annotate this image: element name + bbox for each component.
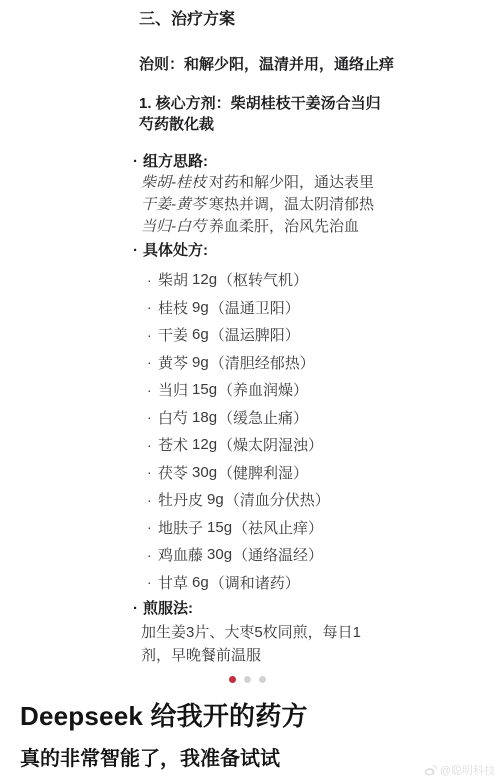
herb-dose: 15g xyxy=(207,519,232,536)
herb-dose: 9g xyxy=(207,491,224,508)
decoction-heading-label: 煎服法: xyxy=(143,599,193,619)
bullet-dot: · xyxy=(147,547,158,563)
herb-note: （通络温经） xyxy=(233,544,323,565)
herb-note: （枢转气机） xyxy=(218,269,308,290)
prescription-document: 三、治疗方案 治则：和解少阳，温清并用，通络止痒 1. 核心方剂：柴胡桂枝干姜汤… xyxy=(139,10,395,667)
herb-dose: 30g xyxy=(192,464,217,481)
herb-note: （缓急止痛） xyxy=(218,407,308,428)
herb-dose: 9g xyxy=(192,354,209,371)
herb-pair-name: 干姜-黄芩 xyxy=(141,196,206,213)
herb-name: 白芍 xyxy=(158,407,188,428)
herb-list: · 柴胡 12g （枢转气机） · 桂枝 9g （温通卫阳） · 干姜 6g （… xyxy=(139,266,395,596)
weibo-post-screenshot: 三、治疗方案 治则：和解少阳，温清并用，通络止痒 1. 核心方剂：柴胡桂枝干姜汤… xyxy=(0,0,500,784)
watermark-text: @聪明科技 xyxy=(440,762,495,778)
pagination-dot[interactable] xyxy=(259,676,266,683)
herb-dose: 6g xyxy=(192,574,209,591)
watermark: @聪明科技 xyxy=(424,762,495,778)
herb-note: （健脾利湿） xyxy=(218,462,308,483)
herb-dose: 9g xyxy=(192,299,209,316)
prescription-heading: · 具体处方: xyxy=(133,241,395,261)
herb-pair-desc: 寒热并调，温太阴清郁热 xyxy=(209,196,374,213)
herb-name: 甘草 xyxy=(158,572,188,593)
herb-row: · 甘草 6g （调和诸药） xyxy=(147,569,395,597)
herb-name: 地肤子 xyxy=(158,517,203,538)
bullet-dot: · xyxy=(147,574,158,590)
bullet-dot: · xyxy=(133,241,143,261)
herb-pair-line: 当归-白芍养血柔肝，治风先治血 xyxy=(141,216,395,238)
herb-pair-name: 当归-白芍 xyxy=(141,218,206,235)
herb-row: · 茯苓 30g （健脾利湿） xyxy=(147,459,395,487)
core-formula: 1. 核心方剂：柴胡桂枝干姜汤合当归芍药散化裁 xyxy=(139,93,395,135)
bullet-dot: · xyxy=(147,519,158,535)
bullet-dot: · xyxy=(133,599,143,619)
herb-name: 黄芩 xyxy=(158,352,188,373)
herb-row: · 黄芩 9g （清胆经郁热） xyxy=(147,349,395,377)
pagination-dot[interactable] xyxy=(244,676,251,683)
herb-pair-name: 柴胡-桂枝 xyxy=(141,174,206,191)
composition-heading: · 组方思路: xyxy=(133,152,395,172)
herb-row: · 当归 15g （养血润燥） xyxy=(147,376,395,404)
pagination-dot-active[interactable] xyxy=(229,676,236,683)
herb-name: 桂枝 xyxy=(158,297,188,318)
treatment-section-title: 三、治疗方案 xyxy=(139,10,395,30)
herb-note: （养血润燥） xyxy=(218,379,308,400)
herb-dose: 18g xyxy=(192,409,217,426)
bullet-dot: · xyxy=(147,409,158,425)
herb-dose: 12g xyxy=(192,436,217,453)
herb-dose: 30g xyxy=(207,546,232,563)
herb-row: · 牡丹皮 9g （清血分伏热） xyxy=(147,486,395,514)
bullet-dot: · xyxy=(147,272,158,288)
post-title: Deepseek 给我开的药方 xyxy=(20,696,308,733)
herb-dose: 6g xyxy=(192,326,209,343)
herb-name: 干姜 xyxy=(158,324,188,345)
herb-name: 牡丹皮 xyxy=(158,489,203,510)
herb-pair-line: 干姜-黄芩寒热并调，温太阴清郁热 xyxy=(141,194,395,216)
herb-row: · 桂枝 9g （温通卫阳） xyxy=(147,294,395,322)
herb-row: · 苍术 12g （燥太阴湿浊） xyxy=(147,431,395,459)
bullet-dot: · xyxy=(147,464,158,480)
bullet-dot: · xyxy=(147,437,158,453)
decoction-heading: · 煎服法: xyxy=(133,599,395,619)
herb-row: · 干姜 6g （温运脾阳） xyxy=(147,321,395,349)
herb-note: （清血分伏热） xyxy=(225,489,330,510)
herb-row: · 柴胡 12g （枢转气机） xyxy=(147,266,395,294)
herb-row: · 白芍 18g （缓急止痛） xyxy=(147,404,395,432)
herb-note: （燥太阴湿浊） xyxy=(218,434,323,455)
herb-note: （祛风止痒） xyxy=(233,517,323,538)
herb-dose: 12g xyxy=(192,271,217,288)
herb-note: （温通卫阳） xyxy=(210,297,300,318)
composition-heading-label: 组方思路: xyxy=(143,152,208,172)
post-subtitle: 真的非常智能了，我准备试试 xyxy=(20,742,280,771)
treatment-principle: 治则：和解少阳，温清并用，通络止痒 xyxy=(139,55,395,75)
herb-name: 苍术 xyxy=(158,434,188,455)
herb-note: （调和诸药） xyxy=(210,572,300,593)
herb-name: 柴胡 xyxy=(158,269,188,290)
bullet-dot: · xyxy=(147,327,158,343)
herb-name: 当归 xyxy=(158,379,188,400)
herb-pair-line: 柴胡-桂枝对药和解少阳，通达表里 xyxy=(141,172,395,194)
bullet-dot: · xyxy=(133,152,143,172)
bullet-dot: · xyxy=(147,382,158,398)
herb-name: 茯苓 xyxy=(158,462,188,483)
decoction-instructions: 加生姜3片、大枣5枚同煎，每日1剂，早晚餐前温服 xyxy=(141,621,391,667)
herb-pair-desc: 养血柔肝，治风先治血 xyxy=(209,218,359,235)
bullet-dot: · xyxy=(147,492,158,508)
weibo-icon xyxy=(424,765,437,776)
herb-name: 鸡血藤 xyxy=(158,544,203,565)
bullet-dot: · xyxy=(147,354,158,370)
herb-row: · 鸡血藤 30g （通络温经） xyxy=(147,541,395,569)
prescription-heading-label: 具体处方: xyxy=(143,241,208,261)
carousel-dots xyxy=(229,676,266,683)
herb-pair-desc: 对药和解少阳，通达表里 xyxy=(209,174,374,191)
herb-row: · 地肤子 15g （祛风止痒） xyxy=(147,514,395,542)
herb-note: （温运脾阳） xyxy=(210,324,300,345)
bullet-dot: · xyxy=(147,299,158,315)
herb-note: （清胆经郁热） xyxy=(210,352,315,373)
herb-dose: 15g xyxy=(192,381,217,398)
